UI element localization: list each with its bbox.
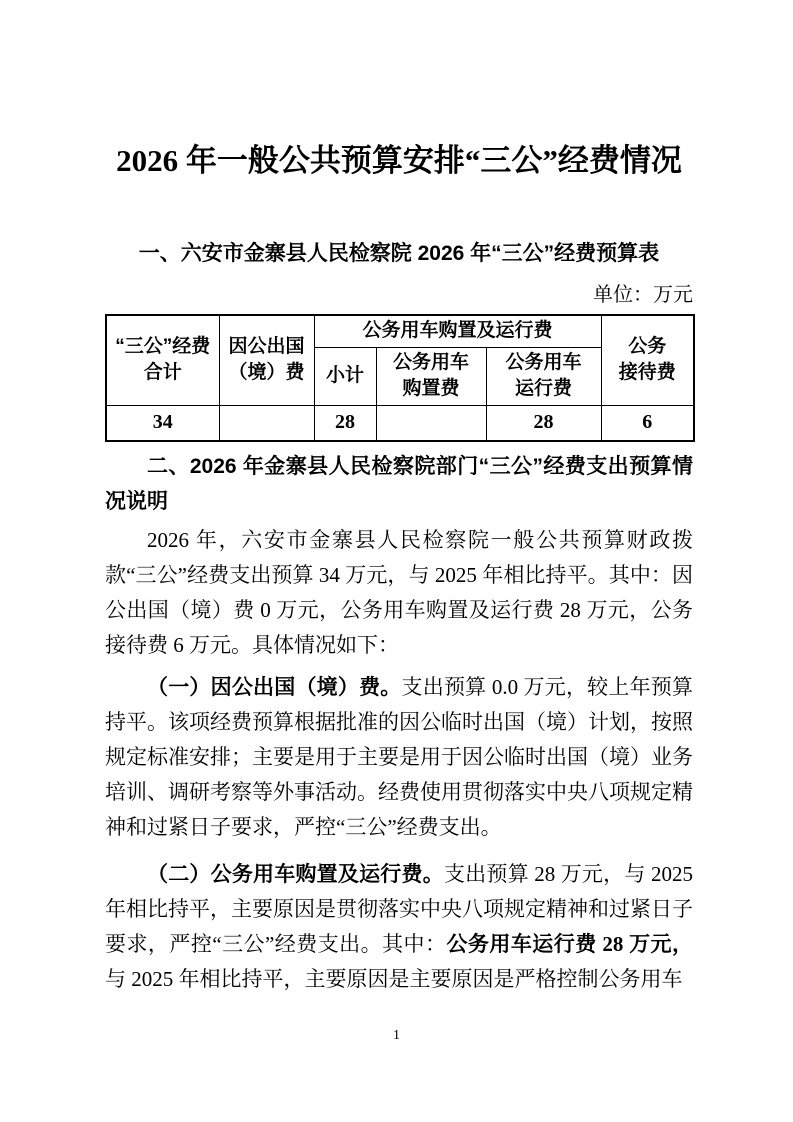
paragraph-overview: 2026 年，六安市金寨县人民检察院一般公共预算财政拨款“三公”经费支出预算 3…: [105, 523, 693, 663]
paragraph-vehicle-lead: （二）公务用车购置及运行费。: [147, 863, 444, 886]
header-vehicle-purchase: 公务用车 购置费: [376, 347, 486, 405]
budget-table: “三公”经费 合计 因公出国 （境）费 公务用车购置及运行费 公务 接待费 小计…: [105, 314, 695, 442]
paragraph-abroad-body: 支出预算 0.0 万元，较上年预算持平。该项经费预算根据批准的因公临时出国（境）…: [105, 675, 693, 839]
value-reception-fee: 6: [601, 405, 694, 441]
header-sangong-total: “三公”经费 合计: [106, 315, 219, 405]
header-vehicle-operation: 公务用车 运行费: [486, 347, 601, 405]
document-content: 2026 年一般公共预算安排“三公”经费情况 一、六安市金寨县人民检察院 202…: [0, 140, 793, 997]
page-number: 1: [0, 1028, 793, 1044]
paragraph-abroad: （一）因公出国（境）费。支出预算 0.0 万元，较上年预算持平。该项经费预算根据…: [105, 670, 693, 845]
header-abroad-fee: 因公出国 （境）费: [219, 315, 314, 405]
value-vehicle-purchase: [376, 405, 486, 441]
value-abroad-fee: [219, 405, 314, 441]
table-header-row-1: “三公”经费 合计 因公出国 （境）费 公务用车购置及运行费 公务 接待费: [106, 315, 694, 347]
paragraph-vehicle: （二）公务用车购置及运行费。支出预算 28 万元，与 2025 年相比持平，主要…: [105, 857, 693, 997]
document-page: 2026 年一般公共预算安排“三公”经费情况 一、六安市金寨县人民检察院 202…: [0, 0, 793, 1122]
paragraph-abroad-lead: （一）因公出国（境）费。: [147, 676, 402, 699]
header-vehicle-group: 公务用车购置及运行费: [314, 315, 601, 347]
paragraph-vehicle-body-after: 与 2025 年相比持平，主要原因是主要原因是严格控制公务用车: [105, 967, 683, 991]
value-sangong-total: 34: [106, 405, 219, 441]
value-subtotal: 28: [314, 405, 376, 441]
section2-heading: 二、2026 年金寨县人民检察院部门“三公”经费支出预算情况说明: [105, 449, 693, 519]
document-title: 2026 年一般公共预算安排“三公”经费情况: [105, 140, 693, 182]
paragraph-vehicle-highlight: 公务用车运行费 28 万元，: [446, 932, 693, 956]
section1-heading: 一、六安市金寨县人民检察院 2026 年“三公”经费预算表: [105, 240, 693, 268]
table-data-row: 34 28 28 6: [106, 405, 694, 441]
value-vehicle-operation: 28: [486, 405, 601, 441]
header-subtotal: 小计: [314, 347, 376, 405]
header-reception-fee: 公务 接待费: [601, 315, 694, 405]
unit-label: 单位：万元: [105, 281, 693, 309]
notes-section: 二、2026 年金寨县人民检察院部门“三公”经费支出预算情况说明 2026 年，…: [105, 449, 693, 997]
